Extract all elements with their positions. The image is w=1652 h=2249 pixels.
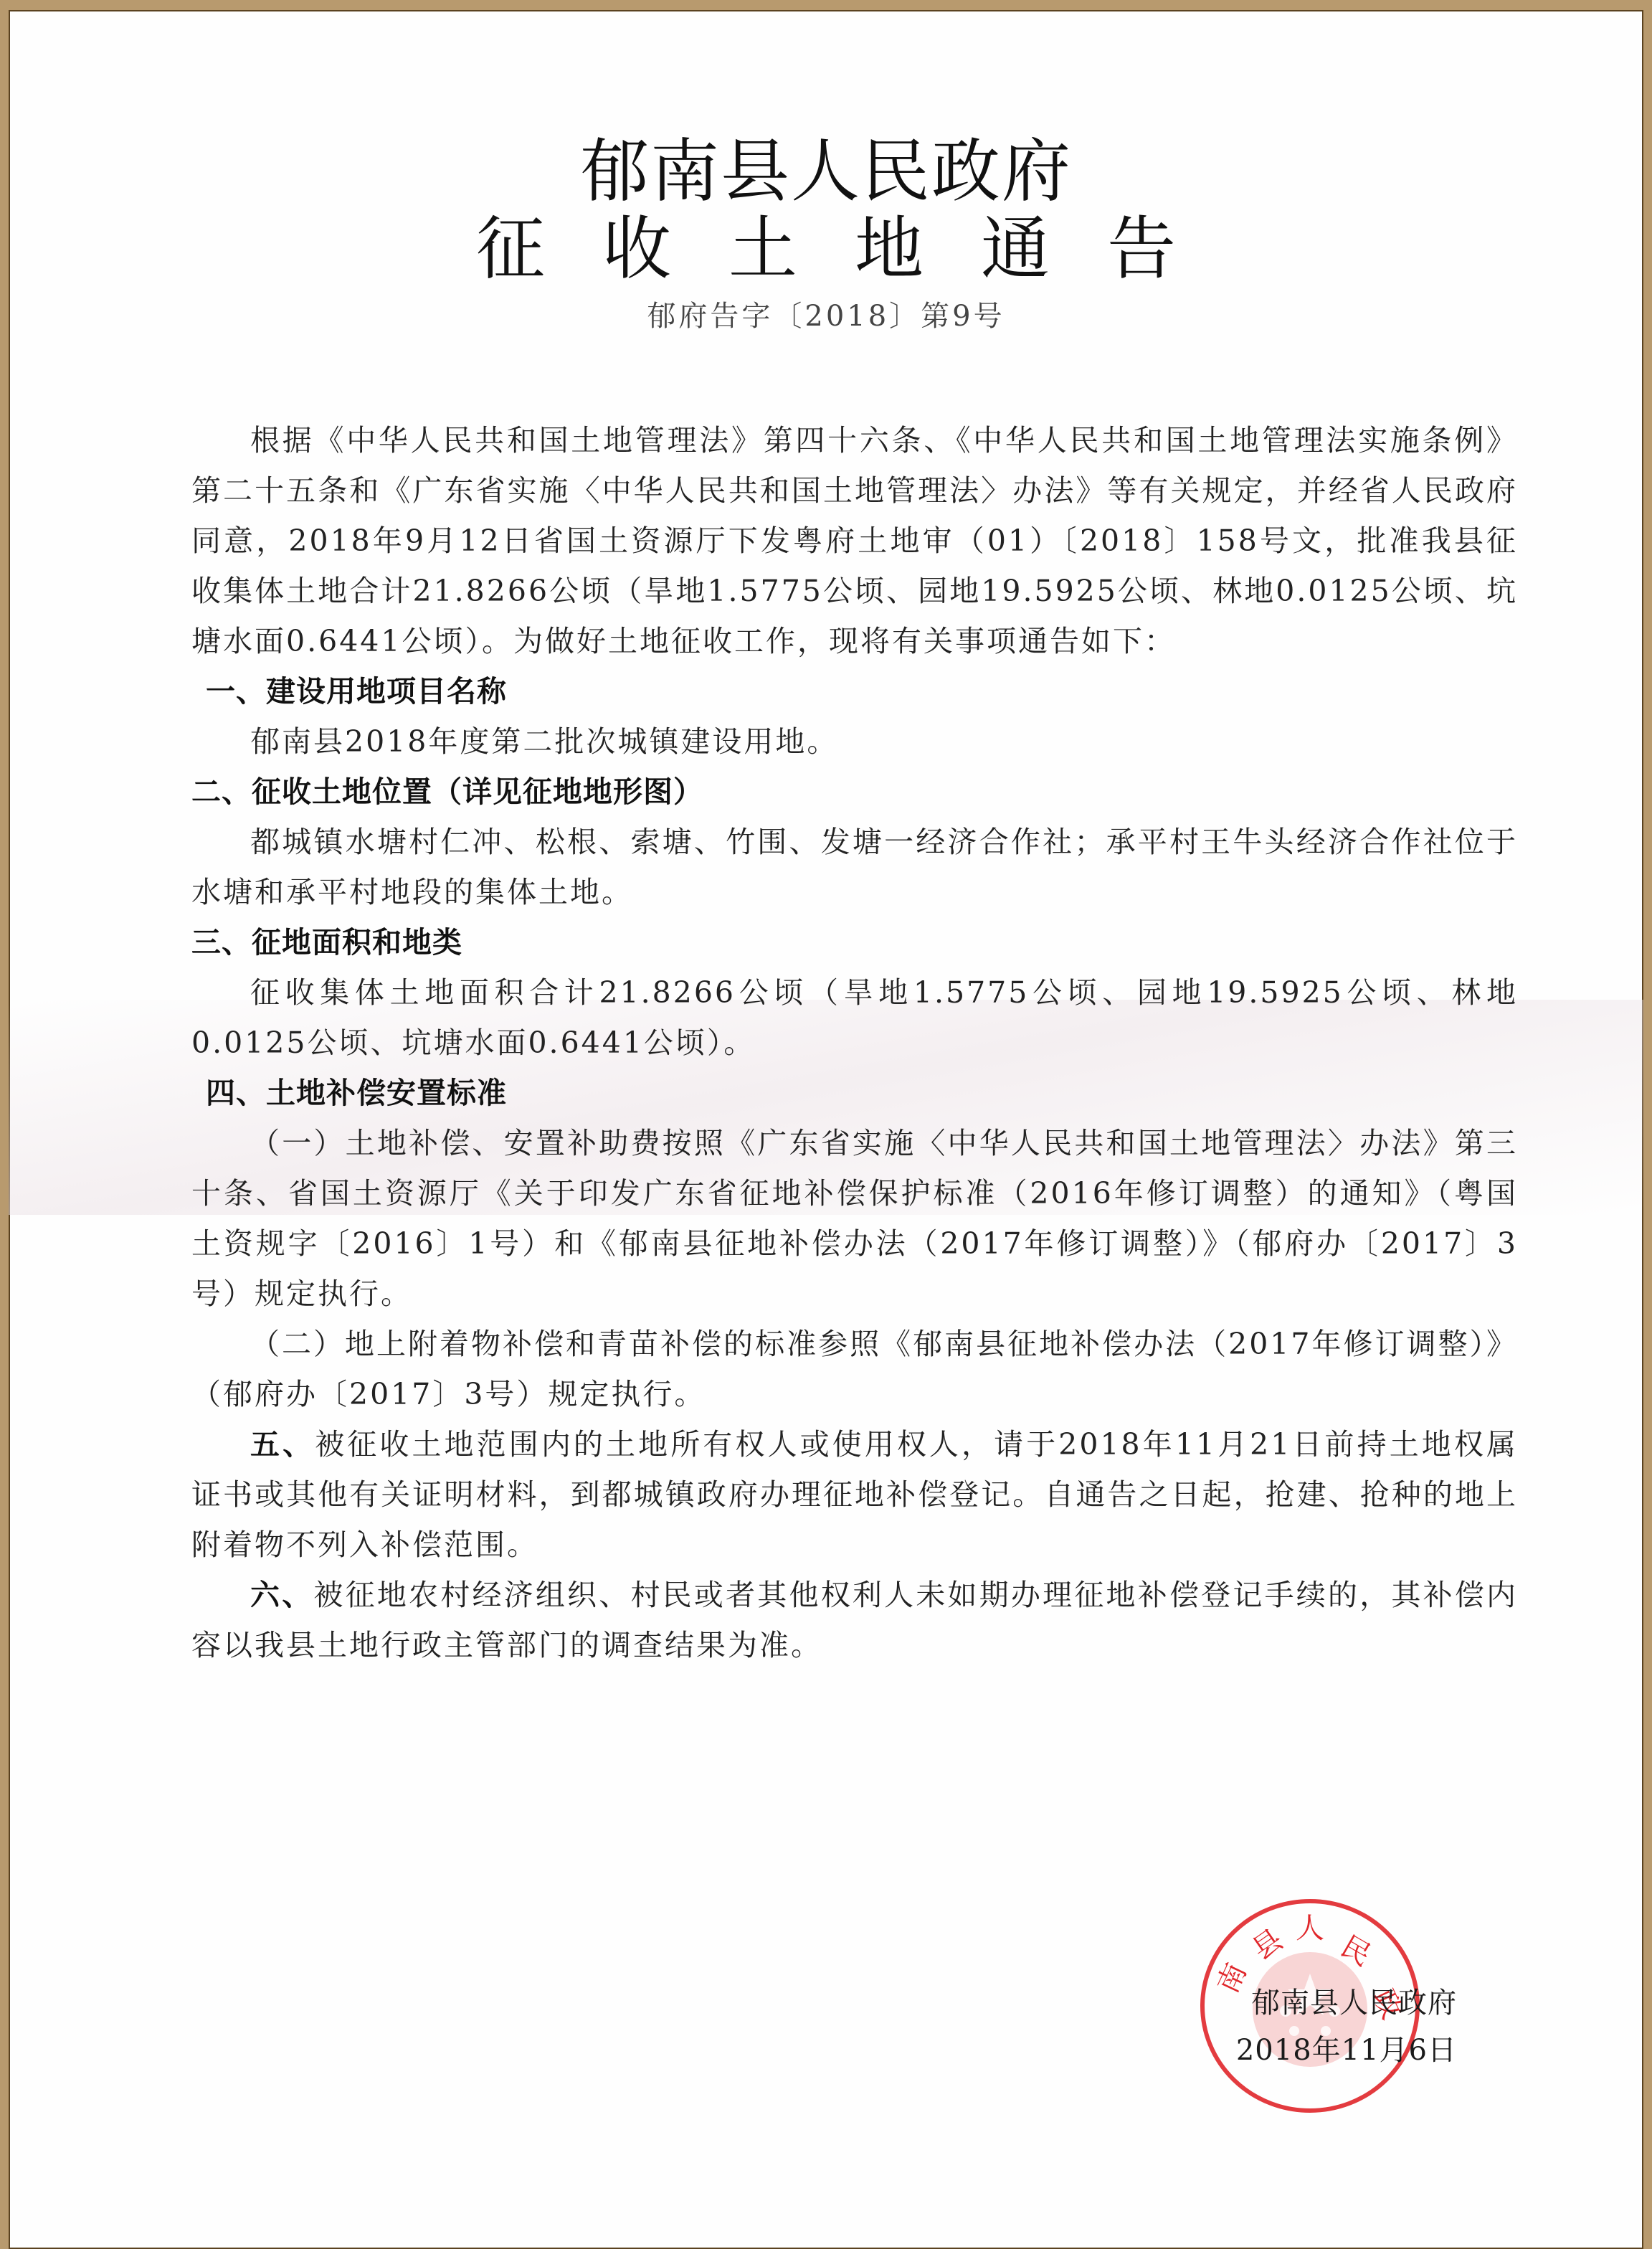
document-number: 郁府告字〔2018〕第9号 <box>9 298 1643 334</box>
section-4-paragraph-1: （一）土地补偿、安置补助费按照《广东省实施〈中华人民共和国土地管理法〉办法》第三… <box>191 1118 1518 1319</box>
section-2-paragraph: 都城镇水塘村仁冲、松根、索塘、竹围、发塘一经济合作社；承平村王牛头经济合作社位于… <box>191 817 1518 917</box>
item-5-label: 五、 <box>250 1427 315 1462</box>
signature-block: 郁南县人民政府 2018年11月6日 <box>1156 1981 1457 2073</box>
issuer-title: 郁南县人民政府 <box>9 132 1643 211</box>
signature-organization: 郁南县人民政府 <box>1156 1981 1457 2025</box>
item-6-paragraph: 六、被征地农村经济组织、村民或者其他权利人未如期办理征地补偿登记手续的，其补偿内… <box>191 1570 1518 1670</box>
section-heading-4: 四、土地补偿安置标准 <box>191 1068 1518 1118</box>
item-5-text: 被征收土地范围内的土地所有权人或使用权人，请于2018年11月21日前持土地权属… <box>191 1427 1518 1562</box>
svg-text:人: 人 <box>1296 1912 1324 1945</box>
section-heading-2: 二、征收土地位置（详见征地地形图） <box>191 767 1518 817</box>
document-page: 郁南县人民政府 征收土地通告 郁府告字〔2018〕第9号 根据《中华人民共和国土… <box>9 10 1643 2249</box>
item-6-label: 六、 <box>250 1578 313 1612</box>
section-1-paragraph: 郁南县2018年度第二批次城镇建设用地。 <box>191 716 1518 767</box>
section-heading-1: 一、建设用地项目名称 <box>191 666 1518 716</box>
signature-date: 2018年11月6日 <box>1156 2028 1457 2073</box>
item-5-paragraph: 五、被征收土地范围内的土地所有权人或使用权人，请于2018年11月21日前持土地… <box>191 1419 1518 1570</box>
section-4-paragraph-2: （二）地上附着物补偿和青苗补偿的标准参照《郁南县征地补偿办法（2017年修订调整… <box>191 1319 1518 1419</box>
section-heading-3: 三、征地面积和地类 <box>191 917 1518 967</box>
intro-paragraph: 根据《中华人民共和国土地管理法》第四十六条、《中华人民共和国土地管理法实施条例》… <box>191 415 1518 666</box>
notice-title: 征收土地通告 <box>9 209 1643 288</box>
document-body: 根据《中华人民共和国土地管理法》第四十六条、《中华人民共和国土地管理法实施条例》… <box>191 415 1518 1670</box>
item-6-text: 被征地农村经济组织、村民或者其他权利人未如期办理征地补偿登记手续的，其补偿内容以… <box>191 1578 1518 1662</box>
section-3-paragraph: 征收集体土地面积合计21.8266公顷（旱地1.5775公顷、园地19.5925… <box>191 967 1518 1068</box>
